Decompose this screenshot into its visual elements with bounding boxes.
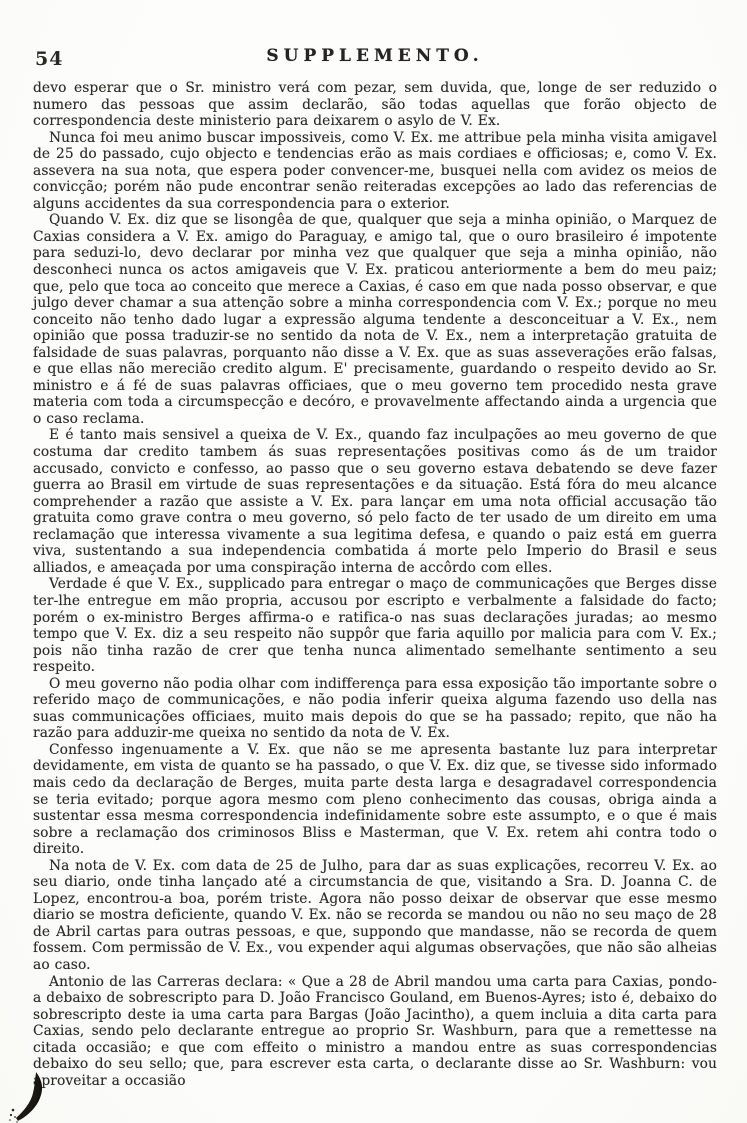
document-page: 54 SUPPLEMENTO. devo esperar que o Sr. m…	[0, 0, 747, 1123]
page-header: 54 SUPPLEMENTO.	[33, 46, 717, 70]
body-paragraph: devo esperar que o Sr. ministro verá com…	[33, 80, 717, 130]
body-paragraph: Quando V. Ex. diz que se lisongêa de que…	[33, 212, 717, 427]
ink-stain-icon	[6, 1072, 52, 1123]
body-paragraph: Antonio de las Carreras declara: « Que a…	[33, 974, 717, 1090]
body-paragraph: Verdade é que V. Ex., supplicado para en…	[33, 576, 717, 675]
body-text-column: devo esperar que o Sr. ministro verá com…	[33, 80, 717, 1089]
body-paragraph: O meu governo não podia olhar com indiff…	[33, 676, 717, 742]
body-paragraph: Na nota de V. Ex. com data de 25 de Julh…	[33, 858, 717, 974]
page-title: SUPPLEMENTO.	[33, 46, 717, 66]
body-paragraph: E é tanto mais sensivel a queixa de V. E…	[33, 427, 717, 576]
body-paragraph: Nunca foi meu animo buscar impossiveis, …	[33, 130, 717, 213]
body-paragraph: Confesso ingenuamente a V. Ex. que não s…	[33, 742, 717, 858]
